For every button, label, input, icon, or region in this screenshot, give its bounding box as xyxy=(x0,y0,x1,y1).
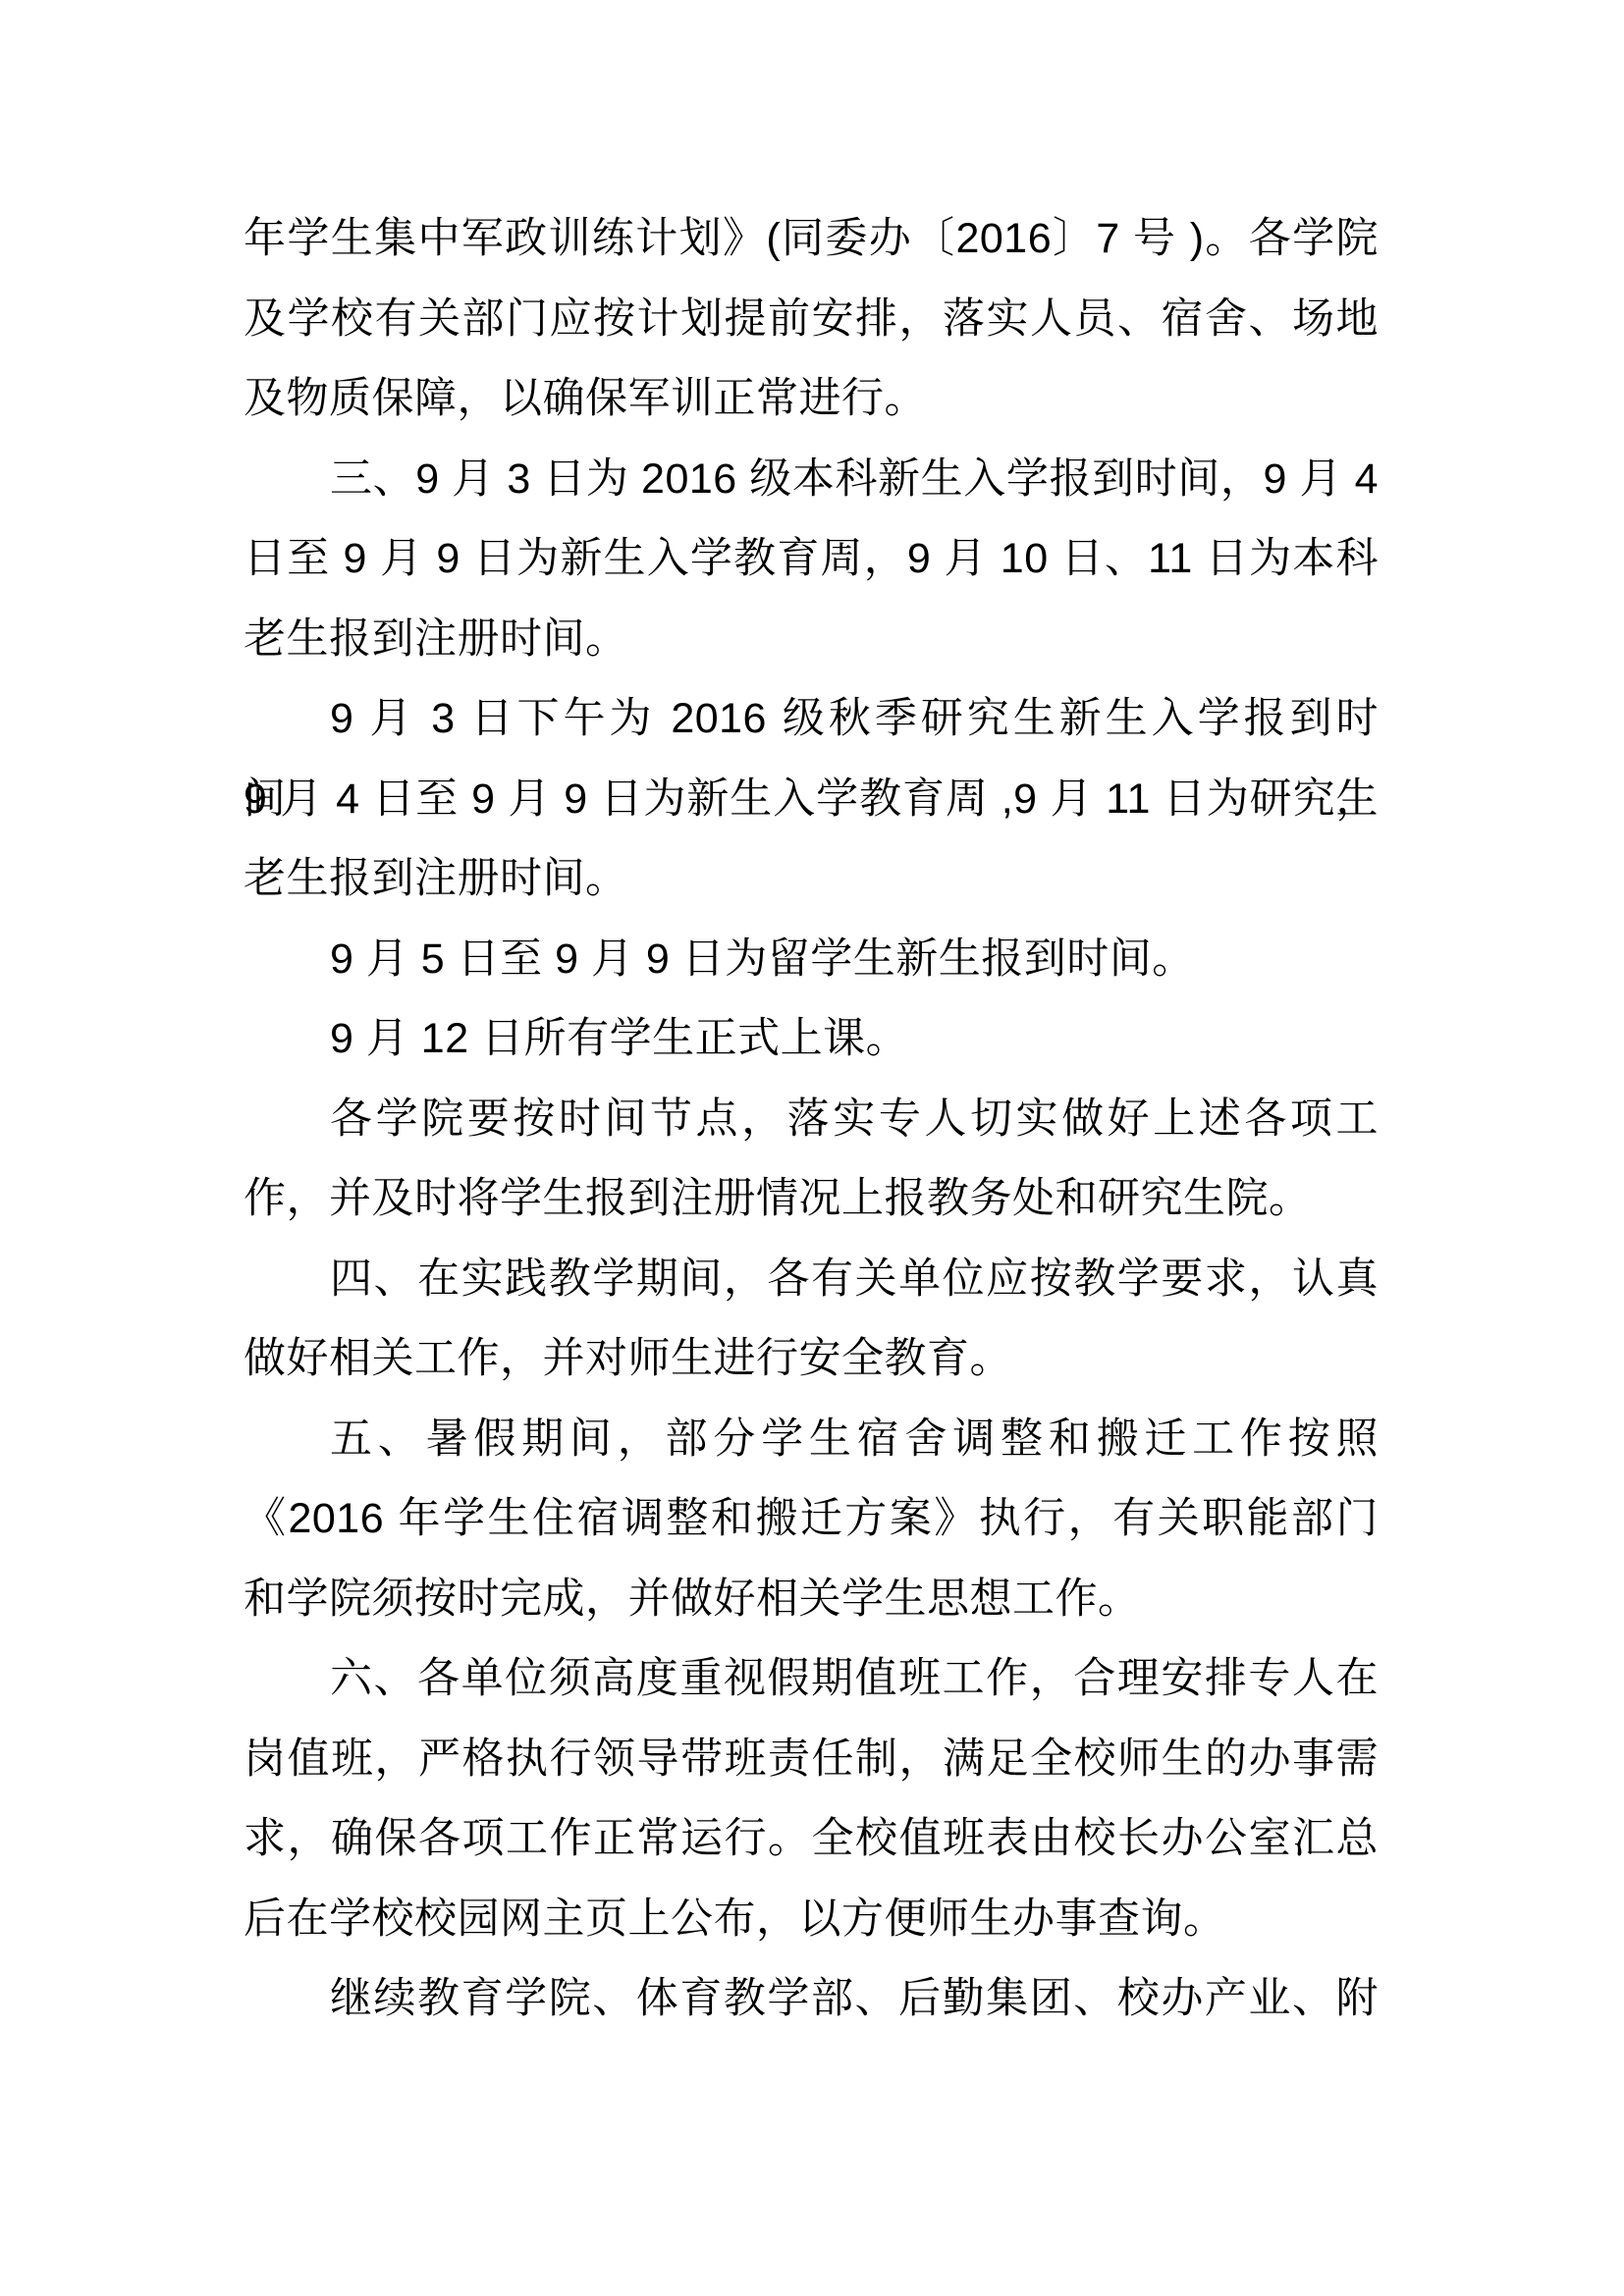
text-line: 五、暑假期间，部分学生宿舍调整和搬迁工作按照 xyxy=(244,1400,1379,1480)
text-line: 年学生集中军政训练计划》(同委办〔2016〕7 号 )。各学院 xyxy=(244,199,1379,280)
text-line: 及物质保障，以确保军训正常进行。 xyxy=(244,359,1379,440)
text-line: 9 月 3 日下午为 2016 级秋季研究生新生入学报到时间， xyxy=(244,679,1379,760)
text-line: 三、9 月 3 日为 2016 级本科新生入学报到时间，9 月 4 xyxy=(244,440,1379,520)
document-body: 年学生集中军政训练计划》(同委办〔2016〕7 号 )。各学院及学校有关部门应按… xyxy=(244,199,1379,2040)
text-line: 岗值班，严格执行领导带班责任制，满足全校师生的办事需 xyxy=(244,1720,1379,1800)
text-line: 9 月 12 日所有学生正式上课。 xyxy=(244,999,1379,1080)
text-line: 和学院须按时完成，并做好相关学生思想工作。 xyxy=(244,1560,1379,1640)
text-line: 六、各单位须高度重视假期值班工作，合理安排专人在 xyxy=(244,1639,1379,1720)
text-line: 9 月 4 日至 9 月 9 日为新生入学教育周 ,9 月 11 日为研究生 xyxy=(244,760,1379,840)
text-line: 各学院要按时间节点，落实专人切实做好上述各项工 xyxy=(244,1080,1379,1160)
text-line: 作，并及时将学生报到注册情况上报教务处和研究生院。 xyxy=(244,1159,1379,1240)
document-page: 年学生集中军政训练计划》(同委办〔2016〕7 号 )。各学院及学校有关部门应按… xyxy=(0,0,1624,2296)
text-line: 继续教育学院、体育教学部、后勤集团、校办产业、附 xyxy=(244,1959,1379,2040)
text-line: 做好相关工作，并对师生进行安全教育。 xyxy=(244,1319,1379,1400)
text-line: 《2016 年学生住宿调整和搬迁方案》执行，有关职能部门 xyxy=(244,1479,1379,1560)
text-line: 四、在实践教学期间，各有关单位应按教学要求，认真 xyxy=(244,1240,1379,1320)
text-line: 9 月 5 日至 9 月 9 日为留学生新生报到时间。 xyxy=(244,920,1379,1000)
text-line: 日至 9 月 9 日为新生入学教育周，9 月 10 日、11 日为本科 xyxy=(244,519,1379,600)
text-line: 老生报到注册时间。 xyxy=(244,600,1379,680)
text-line: 求，确保各项工作正常运行。全校值班表由校长办公室汇总 xyxy=(244,1799,1379,1880)
text-line: 及学校有关部门应按计划提前安排，落实人员、宿舍、场地 xyxy=(244,280,1379,360)
text-line: 老生报到注册时间。 xyxy=(244,839,1379,920)
text-line: 后在学校校园网主页上公布，以方便师生办事查询。 xyxy=(244,1880,1379,1960)
